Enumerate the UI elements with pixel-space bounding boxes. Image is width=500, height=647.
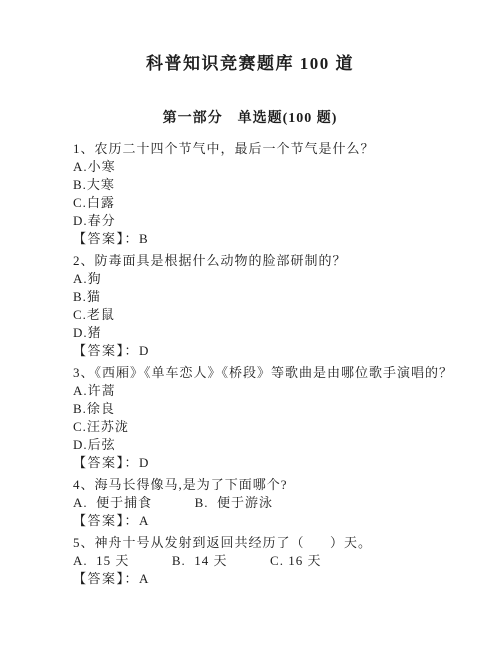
option-line: A.小寒 <box>73 158 480 176</box>
option-line: A. 15 天 B. 14 天 C. 16 天 <box>73 552 480 570</box>
question-text: 3、《西厢》《单车恋人》《桥段》等歌曲是由哪位歌手演唱的？ <box>73 364 480 382</box>
option-line: D.春分 <box>73 212 480 230</box>
answer-line: 【答案】：D <box>73 342 480 360</box>
section-heading: 第一部分 单选题(100 题) <box>0 109 500 129</box>
option-line: D.猪 <box>73 324 480 342</box>
question-text: 1、农历二十四个节气中，最后一个节气是什么？ <box>73 140 480 158</box>
option-line: A. 便于捕食 B. 便于游泳 <box>73 494 480 512</box>
option-line: B.徐良 <box>73 400 480 418</box>
option-line: B.大寒 <box>73 176 480 194</box>
answer-line: 【答案】：A <box>73 570 480 588</box>
document-title: 科普知识竞赛题库 100 道 <box>0 52 500 76</box>
option-line: C.白露 <box>73 194 480 212</box>
question-block-3: 3、《西厢》《单车恋人》《桥段》等歌曲是由哪位歌手演唱的？ A.许蒿 B.徐良 … <box>73 364 480 472</box>
document-page: 科普知识竞赛题库 100 道 第一部分 单选题(100 题) 1、农历二十四个节… <box>0 0 500 647</box>
answer-line: 【答案】：D <box>73 454 480 472</box>
question-block-4: 4、海马长得像马,是为了下面哪个? A. 便于捕食 B. 便于游泳 【答案】：A <box>73 476 480 530</box>
option-line: A.狗 <box>73 270 480 288</box>
question-block-5: 5、神舟十号从发射到返回共经历了（ ）天。 A. 15 天 B. 14 天 C.… <box>73 534 480 588</box>
question-text: 2、防毒面具是根据什么动物的脸部研制的？ <box>73 252 480 270</box>
answer-line: 【答案】：B <box>73 230 480 248</box>
option-line: B.猫 <box>73 288 480 306</box>
option-line: D.后弦 <box>73 436 480 454</box>
question-list: 1、农历二十四个节气中，最后一个节气是什么？ A.小寒 B.大寒 C.白露 D.… <box>73 140 480 588</box>
option-line: C.老鼠 <box>73 306 480 324</box>
question-block-2: 2、防毒面具是根据什么动物的脸部研制的？ A.狗 B.猫 C.老鼠 D.猪 【答… <box>73 252 480 360</box>
option-line: C.汪苏泷 <box>73 418 480 436</box>
answer-line: 【答案】：A <box>73 512 480 530</box>
question-text: 5、神舟十号从发射到返回共经历了（ ）天。 <box>73 534 480 552</box>
question-block-1: 1、农历二十四个节气中，最后一个节气是什么？ A.小寒 B.大寒 C.白露 D.… <box>73 140 480 248</box>
option-line: A.许蒿 <box>73 382 480 400</box>
question-text: 4、海马长得像马,是为了下面哪个? <box>73 476 480 494</box>
